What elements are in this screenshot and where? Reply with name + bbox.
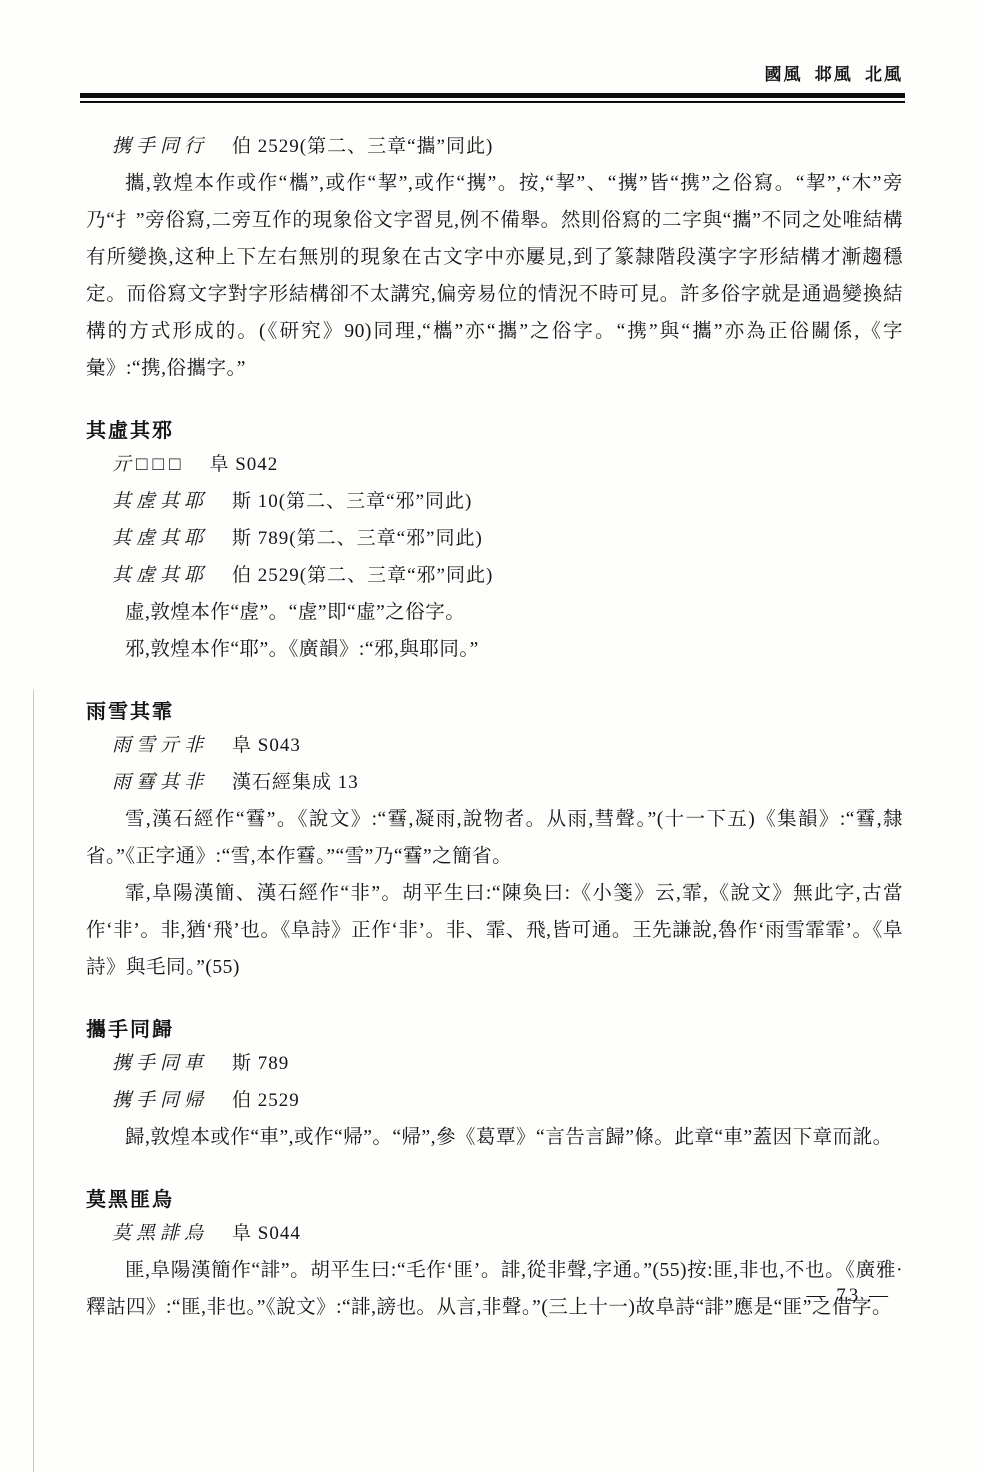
entry-poem-text: 其虗其耶 — [112, 565, 208, 586]
section-heading: 其虛其邪 — [86, 414, 903, 443]
variant-entry-row: 雨䨮其非漢石經集成 13 — [112, 764, 903, 801]
commentary-paragraph: 匪,阜陽漢簡作“誹”。胡平生曰:“毛作‘匪’。誹,從非聲,字通。”(55)按:匪… — [86, 1252, 903, 1326]
variant-entry-row: 雨雪亓非阜 S043 — [112, 727, 903, 764]
page-number: — 73 — — [807, 1285, 892, 1307]
lead-block: 㩗手同行伯 2529(第二、三章“攜”同此)攜,敦煌本作或作“欈”,或作“挈”,… — [86, 128, 903, 387]
variant-entry-row: 㩗手同行伯 2529(第二、三章“攜”同此) — [112, 128, 903, 165]
entry-source-label: 阜 S042 — [209, 454, 278, 475]
entry-source-label: 伯 2529(第二、三章“邪”同此) — [232, 565, 493, 586]
variant-entry-row: 㩗手同車斯 789 — [112, 1045, 903, 1082]
commentary-paragraph: 虛,敦煌本作“虗”。“虗”即“虛”之俗字。 — [86, 594, 903, 631]
running-header: 國風 邶風 北風 — [765, 60, 904, 85]
variant-entry-row: 其虗其耶斯 789(第二、三章“邪”同此) — [112, 520, 903, 557]
entry-poem-text: 㩗手同帰 — [112, 1090, 208, 1111]
entry-source-label: 斯 789 — [232, 1053, 289, 1074]
variant-entry-row: 亓□□□阜 S042 — [112, 446, 903, 483]
entry-source-label: 伯 2529 — [232, 1090, 300, 1111]
entry-poem-text: 雨雪亓非 — [112, 735, 208, 756]
entry-poem-text: 雨䨮其非 — [112, 772, 208, 793]
entry-source-label: 斯 10(第二、三章“邪”同此) — [232, 491, 472, 512]
entry-poem-text: 莫黑誹烏 — [112, 1223, 208, 1244]
commentary-paragraph: 歸,敦煌本或作“車”,或作“帰”。“帰”,參《葛覃》“言告言歸”條。此章“車”蓋… — [86, 1119, 903, 1156]
entry-poem-text: 其虗其耶 — [112, 528, 208, 549]
entry-source-label: 斯 789(第二、三章“邪”同此) — [232, 528, 483, 549]
variant-section: 攜手同歸㩗手同車斯 789㩗手同帰伯 2529歸,敦煌本或作“車”,或作“帰”。… — [86, 1013, 903, 1156]
entry-poem-text: 㩗手同行 — [112, 136, 208, 157]
entry-source-label: 阜 S044 — [232, 1223, 301, 1244]
scan-artifact-line — [33, 690, 34, 1472]
section-heading: 攜手同歸 — [86, 1013, 903, 1042]
commentary-paragraph: 邪,敦煌本作“耶”。《廣韻》:“邪,與耶同。” — [86, 631, 903, 668]
entry-source-label: 漢石經集成 13 — [232, 772, 359, 793]
header-double-rule — [80, 93, 905, 103]
entry-poem-text: 亓□□□ — [112, 454, 185, 475]
commentary-paragraph: 雪,漢石經作“䨮”。《說文》:“䨮,凝雨,說物者。从雨,彗聲。”(十一下五)《集… — [86, 801, 903, 875]
variant-entry-row: 其虗其耶斯 10(第二、三章“邪”同此) — [112, 483, 903, 520]
entry-poem-text: 其虗其耶 — [112, 491, 208, 512]
commentary-paragraph: 霏,阜陽漢簡、漢石經作“非”。胡平生曰:“陳奐曰:《小箋》云,霏,《說文》無此字… — [86, 875, 903, 986]
variant-section: 莫黑匪烏莫黑誹烏阜 S044匪,阜陽漢簡作“誹”。胡平生曰:“毛作‘匪’。誹,從… — [86, 1183, 903, 1326]
variant-section: 其虛其邪亓□□□阜 S042其虗其耶斯 10(第二、三章“邪”同此)其虗其耶斯 … — [86, 414, 903, 668]
scanned-book-page: 國風 邶風 北風 㩗手同行伯 2529(第二、三章“攜”同此)攜,敦煌本作或作“… — [0, 0, 983, 1472]
section-heading: 雨雪其霏 — [86, 695, 903, 724]
entry-poem-text: 㩗手同車 — [112, 1053, 208, 1074]
section-heading: 莫黑匪烏 — [86, 1183, 903, 1212]
variant-entry-row: 其虗其耶伯 2529(第二、三章“邪”同此) — [112, 557, 903, 594]
entry-source-label: 伯 2529(第二、三章“攜”同此) — [232, 136, 493, 157]
variant-entry-row: 莫黑誹烏阜 S044 — [112, 1215, 903, 1252]
variant-entry-row: 㩗手同帰伯 2529 — [112, 1082, 903, 1119]
sections-block: 其虛其邪亓□□□阜 S042其虗其耶斯 10(第二、三章“邪”同此)其虗其耶斯 … — [86, 414, 903, 1326]
page-content: 㩗手同行伯 2529(第二、三章“攜”同此)攜,敦煌本作或作“欈”,或作“挈”,… — [86, 128, 903, 1326]
commentary-paragraph: 攜,敦煌本作或作“欈”,或作“挈”,或作“㩗”。按,“挈”、“㩗”皆“携”之俗寫… — [86, 165, 903, 387]
entry-source-label: 阜 S043 — [232, 735, 301, 756]
variant-section: 雨雪其霏雨雪亓非阜 S043雨䨮其非漢石經集成 13雪,漢石經作“䨮”。《說文》… — [86, 695, 903, 986]
